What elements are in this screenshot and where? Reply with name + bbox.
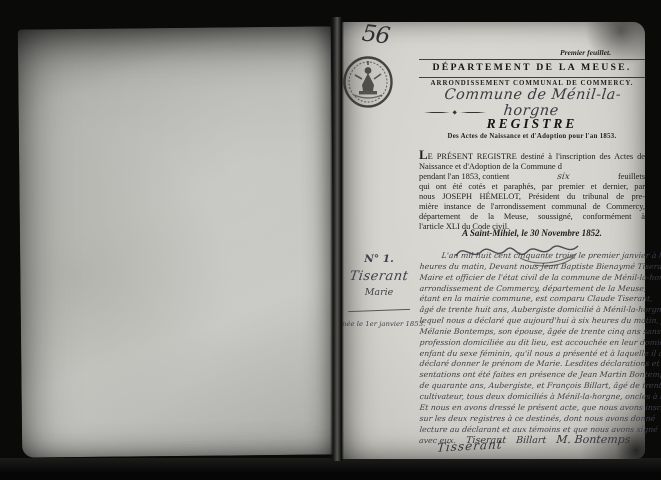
declaration-line: nous JOSEPH HÉMELOT, Président du tribun… xyxy=(419,192,645,202)
declaration-line-with-insert: pendant l'an 1853, contient six feuillet… xyxy=(419,172,645,183)
declaration-line: LE PRÉSENT REGISTRE destiné à l'inscript… xyxy=(419,150,645,162)
margin-surname: Tiserant xyxy=(341,269,417,284)
act-line: lequel nous a déclaré que aujourd'hui à … xyxy=(419,316,646,327)
declaration-line: mière instance de l'arrondissement commu… xyxy=(419,202,645,212)
book-gutter xyxy=(330,17,344,461)
margin-birthdate: née le 1er janvier 1853. xyxy=(342,320,416,328)
act-line: Mélanie Bontemps, son épouse, âgée de tr… xyxy=(419,327,646,338)
act-line: étant en la mairie commune, est comparu … xyxy=(419,294,646,305)
act-line: profession domiciliée au dit lieu, est a… xyxy=(419,338,646,349)
departement-title: DÉPARTEMENT DE LA MEUSE. xyxy=(419,62,645,73)
handwritten-birth-act: L'an mil huit cent cinquante trois, le p… xyxy=(419,251,645,435)
declaration-text: feuillets xyxy=(618,172,645,182)
act-line: âgé de trente huit ans, Aubergiste domic… xyxy=(419,305,646,316)
act-line: enfant du sexe féminin, qu'il nous a pré… xyxy=(419,349,646,360)
margin-firstname: Marie xyxy=(342,287,416,298)
act-line: cultivateur, tous deux domiciliés à Méni… xyxy=(419,392,646,403)
signature-witness-2: M. Bontemps xyxy=(556,435,631,446)
left-blank-page xyxy=(18,26,335,457)
act-number: N° 1. xyxy=(342,253,416,265)
declaration-text: pendant l'an 1853, contient xyxy=(419,172,509,182)
act-line: L'an mil huit cent cinquante trois, le p… xyxy=(419,251,646,262)
table-surface xyxy=(0,458,661,480)
act-line: Et nous en avons dressé le présent acte,… xyxy=(419,403,646,414)
registre-subtitle: Des Actes de Naissance et d'Adoption pou… xyxy=(419,133,645,140)
premier-feuillet-label: Premier feuillet. xyxy=(419,48,645,57)
act-line: Maire et officier de l'état civil de la … xyxy=(419,273,646,284)
handwritten-folio-count: six xyxy=(557,173,571,183)
act-line: sur les deux registres à ce destinés, do… xyxy=(419,414,646,425)
printed-declaration: LE PRÉSENT REGISTRE destiné à l'inscript… xyxy=(419,150,645,231)
act-line: sentations ont été faites en présence de… xyxy=(419,370,646,381)
margin-annotation: N° 1. Tiserant Marie née le 1er janvier … xyxy=(342,253,416,328)
arrondissement-title: ARRONDISSEMENT COMMUNAL DE COMMERCY. xyxy=(419,80,645,87)
signature-mayor: Tisserant xyxy=(436,437,503,455)
dateline: A Saint-Mihiel, le 30 Novembre 1852. xyxy=(419,228,645,238)
declaration-line: qui ont été cotés et paraphés, par premi… xyxy=(419,182,645,192)
act-line: arrondissement de Commercy, département … xyxy=(419,284,646,295)
ornament-divider-icon xyxy=(342,110,568,115)
official-stamp-icon xyxy=(342,55,394,109)
declaration-line: département de la Meuse, soussigné, conf… xyxy=(419,212,645,222)
act-line: heures du matin, Devant nous Jean Baptis… xyxy=(419,262,646,273)
registre-title: REGISTRE xyxy=(419,116,645,132)
act-line: déclaré donner le prénom de Marie. Lesdi… xyxy=(419,359,646,370)
right-register-page: 56 Premier feuillet. DÉPARTEMENT DE LA M… xyxy=(342,22,645,459)
header-rule-top xyxy=(419,59,645,60)
act-line: de quarante ans, Aubergiste, et François… xyxy=(419,381,646,392)
folio-number: 56 xyxy=(361,20,391,49)
margin-rule xyxy=(348,309,410,312)
declaration-line: Naissance et d'Adoption de la Commune d xyxy=(419,162,645,172)
header-rule-bottom xyxy=(419,77,645,78)
signature-witness-1: Billart xyxy=(516,436,547,447)
